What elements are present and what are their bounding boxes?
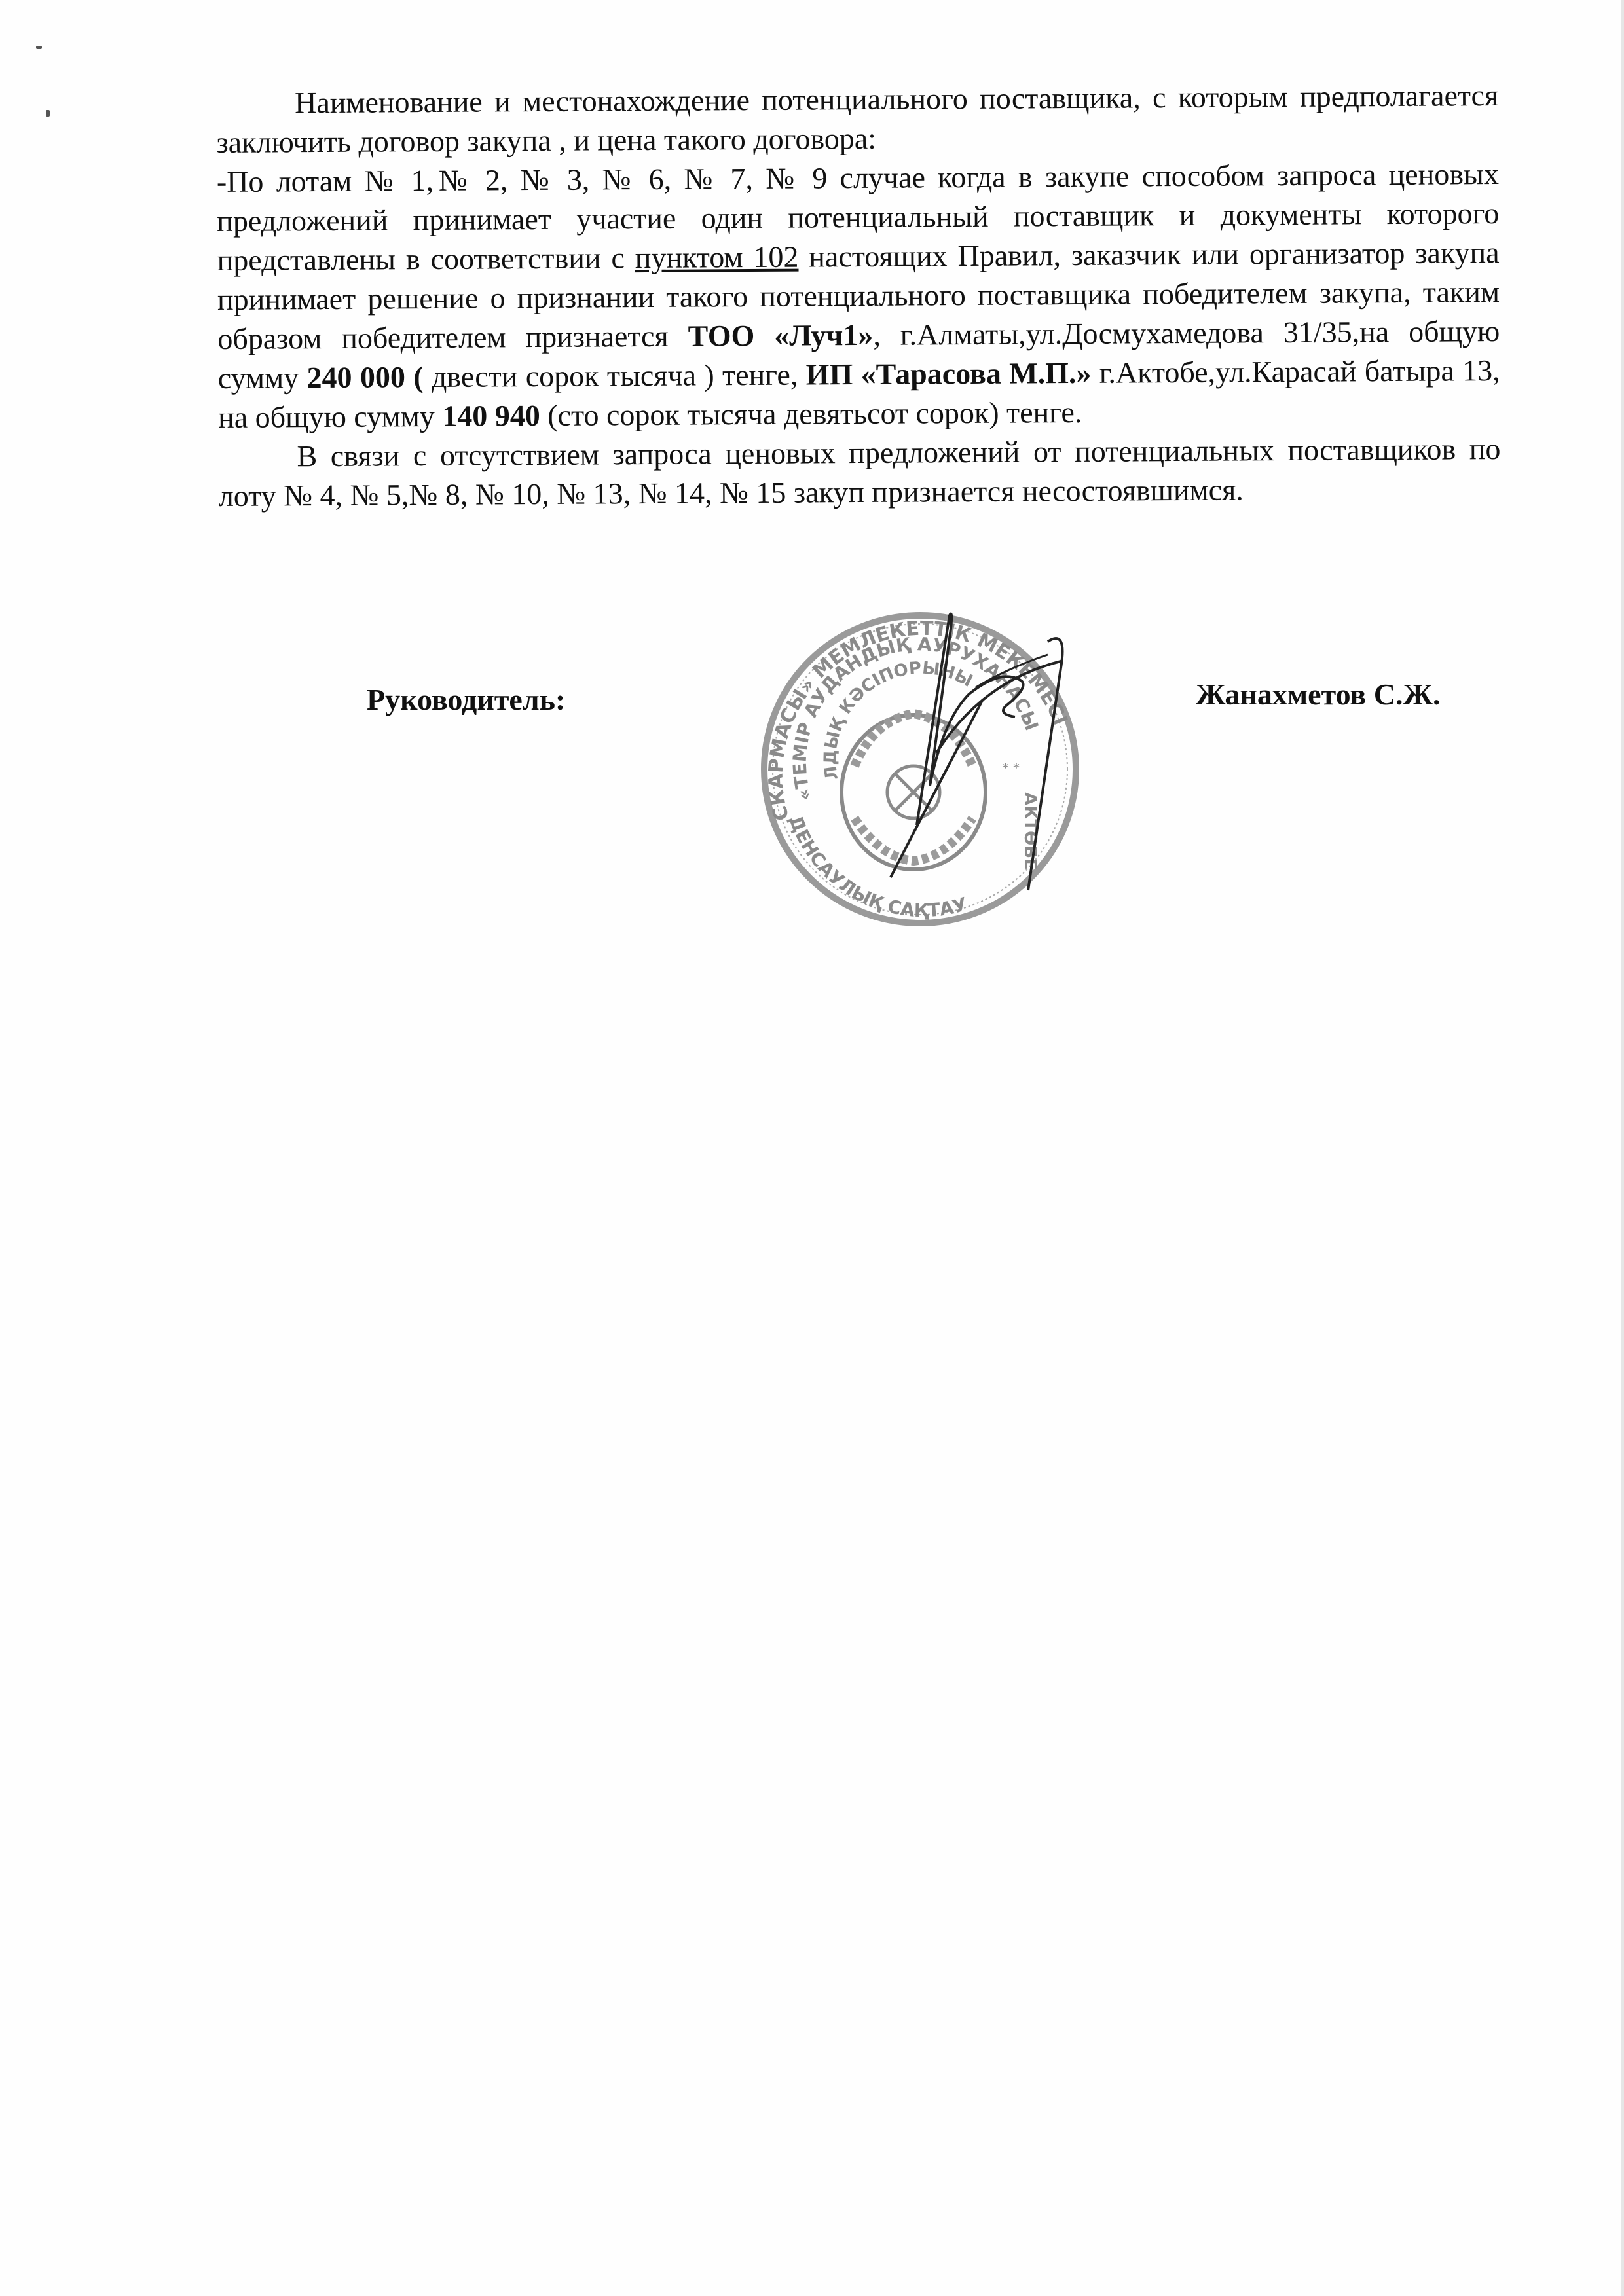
award-text-4: двести сорок тысяча ) тенге, bbox=[423, 358, 805, 394]
document-page: Наименование и местонахождение потенциал… bbox=[0, 0, 1624, 2296]
signer-name: Жанахметов С.Ж. bbox=[1196, 677, 1440, 712]
scan-edge bbox=[1621, 0, 1624, 2296]
signer-role-label: Руководитель: bbox=[367, 682, 565, 717]
winner-1-name: ТОО «Луч1» bbox=[688, 318, 873, 353]
paragraph-lots-award: -По лотам № 1,№ 2, № 3, № 6, № 7, № 9 сл… bbox=[217, 155, 1501, 437]
paragraph-failed-lots: В связи с отсутствием запроса ценовых пр… bbox=[218, 429, 1501, 516]
scan-speck bbox=[46, 110, 50, 117]
handwritten-signature-icon bbox=[851, 589, 1153, 903]
document-body: Наименование и местонахождение потенциал… bbox=[216, 76, 1501, 516]
scan-speck bbox=[36, 46, 42, 49]
paragraph-supplier-intro: Наименование и местонахождение потенциал… bbox=[216, 76, 1499, 162]
signature-block: Руководитель: СКАРМАСЫ» МЕМЛЕКЕТТІК МЕКЕ… bbox=[0, 589, 1624, 930]
winner-1-amount: 240 000 ( bbox=[306, 360, 423, 394]
award-text-6: (сто сорок тысяча девятьсот сорок) тенге… bbox=[540, 395, 1082, 432]
winner-2-name: ИП «Тарасова М.П.» bbox=[806, 356, 1092, 392]
winner-2-amount: 140 940 bbox=[442, 399, 540, 433]
rules-clause-link[interactable]: пунктом 102 bbox=[635, 240, 799, 275]
